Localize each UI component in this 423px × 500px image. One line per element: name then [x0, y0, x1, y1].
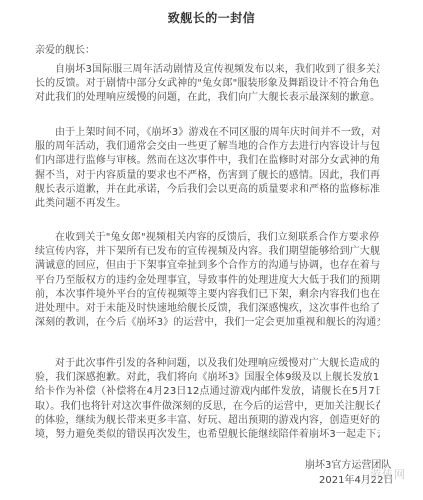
text-line: 的体验，继续为舰长带来更多丰富、好玩、超出预期的游戏内容，创造更好的游戏环	[35, 414, 380, 428]
text-line: 在收到关于"兔女郎"视频相关内容的反馈后，我们立刻联系合作方要求停止发布后	[35, 231, 380, 245]
text-line: 对此我们的处理响应缓慢的问题，在此，我们向广大舰长表示最深刻的歉意。	[35, 91, 380, 105]
text-line: 给卡作为补偿（补偿将在4月23日12点通过游戏内邮件发放，请舰长在5月7日前进行…	[35, 385, 380, 399]
salutation: 亲爱的舰长：	[35, 41, 95, 56]
text-line: 进处理中。对于未能及时快速地给舰长反馈，我们深感愧疚，这次事件也给了我们一个	[35, 302, 380, 316]
text-line: 境，努力避免类似的错误再次发生，也希望舰长能继续陪伴着崩坏3一起走下去！	[35, 428, 380, 442]
text-line: 自崩坏3国际服三周年活动剧情及宣传视频发布以来，我们收到了很多关注此事的舰	[35, 63, 380, 77]
paragraph-1: 自崩坏3国际服三周年活动剧情及宣传视频发布以来，我们收到了很多关注此事的舰 长的…	[35, 63, 380, 106]
text-line: 验，我们深感抱歉。对此，我们将向《崩坏3》国服全体9级及以上舰长发放10张扩充补	[35, 371, 380, 385]
text-line: 长的反馈。对于剧情中部分女武神的"兔女郎"服装形象及舞蹈设计不符合角色设定，以及	[35, 77, 380, 91]
text-line: 深刻的教训，在今后《崩坏3》的运营中，我们一定会更加重视和舰长的沟通交流。	[35, 316, 380, 330]
paragraph-4: 对于此次事件引发的各种问题，以及我们处理响应缓慢对广大舰长造成的负面体 验，我们…	[35, 357, 380, 442]
text-line: 对于此次事件引发的各种问题，以及我们处理响应缓慢对广大舰长造成的负面体	[35, 357, 380, 371]
text-line: 满诚意的回应，但由于下架事宜牵扯到多个合作方的沟通与协调，也存在着与各个内容	[35, 259, 380, 273]
text-line: 握不当，对于内容质量的要求也不严格，伤害到了舰长的感情。因此，我们再次向广大	[35, 169, 380, 183]
text-line: 服的周年活动，我们通常会交由一些更了解当地的合作方去进行内容设计与包装，由我	[35, 140, 380, 154]
text-line: 舰长表示道歉，并在此承诺，今后我们会以更高的质量要求和严格的监修标准，来保证	[35, 183, 380, 197]
text-line: 续宣传内容，并下架所有已发布的宣传视频及内容。我们期望能够给到广大舰长一个充	[35, 245, 380, 259]
text-line: 取）。我们也将针对这次事件做深刻的反思，在今后的运营中，更加关注舰长在各方面	[35, 400, 380, 414]
paragraph-2: 由于上架时间不同，《崩坏3》游戏在不同区服的周年庆时间并不一致，对于其他区 服的…	[35, 126, 380, 211]
letter-title: 致舰长的一封信	[0, 9, 423, 26]
text-line: 们内部进行监修与审核。然而在这次事件中，我们在监修时对部分女武神的角色设定把	[35, 154, 380, 168]
text-line: 前，本次事件境外平台的宣传视频等主要内容我们已下架，剩余内容我们也在持续的跟	[35, 288, 380, 302]
text-line: 此类问题不再发生。	[35, 197, 380, 211]
watermark: 游侠网	[370, 466, 406, 482]
text-line: 平台乃至版权方的违约金处理事宜，导致事件的处理进度大大低于我们的预期。截至目	[35, 274, 380, 288]
paragraph-3: 在收到关于"兔女郎"视频相关内容的反馈后，我们立刻联系合作方要求停止发布后 续宣…	[35, 231, 380, 330]
text-line: 由于上架时间不同，《崩坏3》游戏在不同区服的周年庆时间并不一致，对于其他区	[35, 126, 380, 140]
